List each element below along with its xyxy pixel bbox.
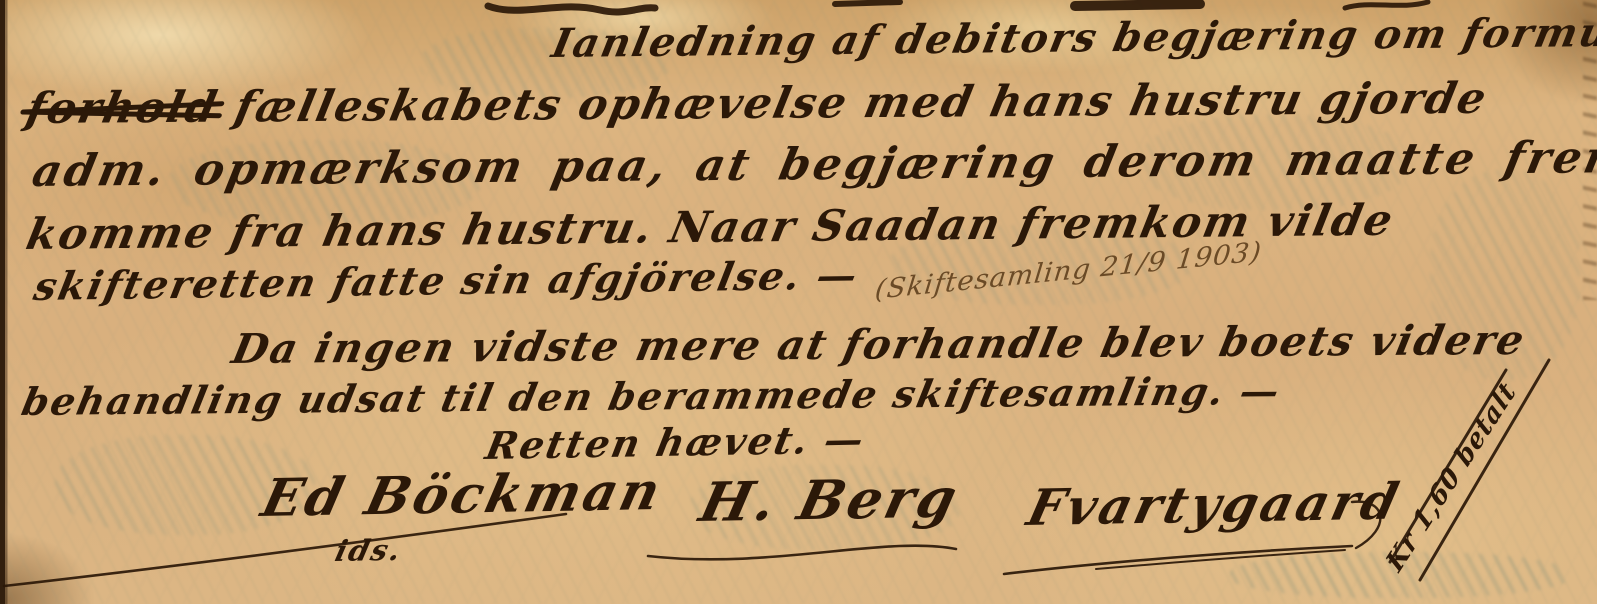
struck-word: forhold bbox=[22, 83, 223, 134]
berg-underline-flourish bbox=[648, 546, 956, 560]
body-line-3-text: adm. opmærksom paa, at begjæring derom m… bbox=[28, 132, 1597, 197]
body-line-2: forholdfælleskabets ophævelse med hans h… bbox=[22, 74, 1492, 134]
body-line-7-text: behandling udsat til den berammede skift… bbox=[18, 368, 1285, 424]
fvartygaard-underline-flourish bbox=[1004, 546, 1352, 574]
book-binding-edge bbox=[0, 0, 8, 604]
scanned-protocol-page: Ianledning af debitors begjæring om form… bbox=[0, 0, 1597, 604]
signature-ed-bockman: Ed Böckman bbox=[256, 461, 669, 529]
body-line-6: Da ingen vidste mere at forhandle blev b… bbox=[228, 316, 1530, 373]
court-adjourned-text: Retten hævet. — bbox=[482, 416, 869, 468]
body-line-7: behandling udsat til den berammede skift… bbox=[18, 368, 1285, 424]
body-line-1-text: Ianledning af debitors begjæring om form… bbox=[548, 8, 1597, 67]
court-adjourned-line: Retten hævet. — bbox=[482, 416, 869, 468]
top-edge-stroke-fragment bbox=[1345, 2, 1428, 8]
body-line-1: Ianledning af debitors begjæring om form… bbox=[548, 8, 1597, 67]
body-line-5-text: skifteretten fatte sin afgjörelse. — bbox=[30, 253, 863, 310]
signature-ed-bockman-subscript: ids. bbox=[332, 533, 406, 568]
top-edge-stroke-fragment bbox=[488, 6, 655, 12]
signature-h-berg: H. Berg bbox=[694, 466, 966, 534]
signature-fvartygaard: Fvartygaard bbox=[1022, 472, 1407, 537]
top-edge-stroke-fragment bbox=[1075, 4, 1200, 6]
body-line-6-text: Da ingen vidste mere at forhandle blev b… bbox=[228, 316, 1530, 373]
top-edge-stroke-fragment bbox=[835, 2, 900, 4]
body-line-2-text: fælleskabets ophævelse med hans hustru g… bbox=[230, 74, 1492, 133]
fvartygaard-underline-flourish-2 bbox=[1096, 550, 1345, 569]
body-line-3: adm. opmærksom paa, at begjæring derom m… bbox=[28, 132, 1597, 197]
